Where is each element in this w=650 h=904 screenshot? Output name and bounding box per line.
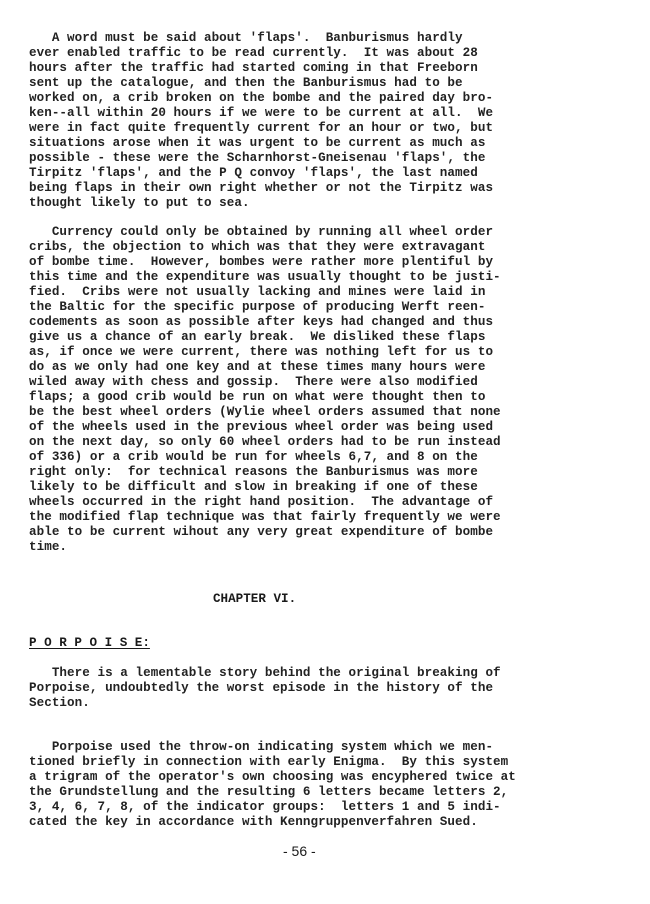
text-line: ken--all within 20 hours if we were to b… xyxy=(29,106,493,121)
text-line: as, if once we were current, there was n… xyxy=(29,345,501,360)
text-line: hours after the traffic had started comi… xyxy=(29,61,493,76)
text-line: likely to be difficult and slow in break… xyxy=(29,480,501,495)
text-line: thought likely to put to sea. xyxy=(29,196,493,211)
text-line: right only: for technical reasons the Ba… xyxy=(29,465,501,480)
paragraph-throw-on-indicator: Porpoise used the throw-on indicating sy… xyxy=(29,740,516,830)
text-line: on the next day, so only 60 wheel orders… xyxy=(29,435,501,450)
text-line: codements as soon as possible after keys… xyxy=(29,315,501,330)
text-line: A word must be said about 'flaps'. Banbu… xyxy=(29,31,493,46)
paragraph-flaps: A word must be said about 'flaps'. Banbu… xyxy=(29,31,493,211)
text-line: this time and the expenditure was usuall… xyxy=(29,270,501,285)
text-line: Porpoise, undoubtedly the worst episode … xyxy=(29,681,501,696)
text-line: of bombe time. However, bombes were rath… xyxy=(29,255,501,270)
text-line: a trigram of the operator's own choosing… xyxy=(29,770,516,785)
text-line: Porpoise used the throw-on indicating sy… xyxy=(29,740,516,755)
text-line: sent up the catalogue, and then the Banb… xyxy=(29,76,493,91)
text-line: give us a chance of an early break. We d… xyxy=(29,330,501,345)
text-line: Section. xyxy=(29,696,501,711)
text-line: Tirpitz 'flaps', and the P Q convoy 'fla… xyxy=(29,166,493,181)
text-line: wiled away with chess and gossip. There … xyxy=(29,375,501,390)
text-line: the Grundstellung and the resulting 6 le… xyxy=(29,785,516,800)
text-line: tioned briefly in connection with early … xyxy=(29,755,516,770)
text-line: flaps; a good crib would be run on what … xyxy=(29,390,501,405)
section-heading-porpoise: P O R P O I S E: xyxy=(29,636,150,650)
chapter-heading: CHAPTER VI. xyxy=(213,592,296,606)
text-line: situations arose when it was urgent to b… xyxy=(29,136,493,151)
text-line: the modified flap technique was that fai… xyxy=(29,510,501,525)
page-number: - 56 - xyxy=(283,843,316,859)
text-line: being flaps in their own right whether o… xyxy=(29,181,493,196)
text-line: ever enabled traffic to be read currentl… xyxy=(29,46,493,61)
text-line: do as we only had one key and at these t… xyxy=(29,360,501,375)
text-line: possible - these were the Scharnhorst-Gn… xyxy=(29,151,493,166)
text-line: of 336) or a crib would be run for wheel… xyxy=(29,450,501,465)
paragraph-lamentable-story: There is a lementable story behind the o… xyxy=(29,666,501,711)
text-line: Currency could only be obtained by runni… xyxy=(29,225,501,240)
text-line: were in fact quite frequently current fo… xyxy=(29,121,493,136)
text-line: 3, 4, 6, 7, 8, of the indicator groups: … xyxy=(29,800,516,815)
text-line: be the best wheel orders (Wylie wheel or… xyxy=(29,405,501,420)
text-line: There is a lementable story behind the o… xyxy=(29,666,501,681)
text-line: the Baltic for the specific purpose of p… xyxy=(29,300,501,315)
text-line: wheels occurred in the right hand positi… xyxy=(29,495,501,510)
text-line: of the wheels used in the previous wheel… xyxy=(29,420,501,435)
paragraph-currency: Currency could only be obtained by runni… xyxy=(29,225,501,555)
text-line: cated the key in accordance with Kenngru… xyxy=(29,815,516,830)
text-line: worked on, a crib broken on the bombe an… xyxy=(29,91,493,106)
text-line: cribs, the objection to which was that t… xyxy=(29,240,501,255)
text-line: able to be current wihout any very great… xyxy=(29,525,501,540)
document-page: A word must be said about 'flaps'. Banbu… xyxy=(0,0,650,904)
text-line: fied. Cribs were not usually lacking and… xyxy=(29,285,501,300)
text-line: time. xyxy=(29,540,501,555)
